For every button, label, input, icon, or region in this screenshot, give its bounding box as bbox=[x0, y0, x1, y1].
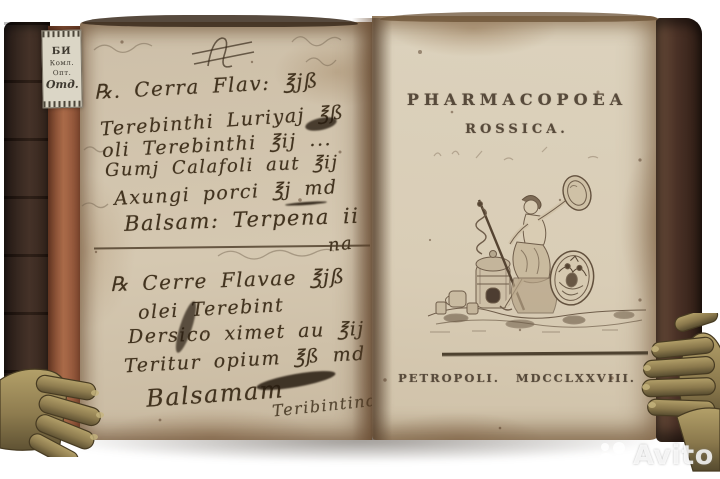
bronze-hand-left bbox=[0, 352, 110, 457]
imprint-place: PETROPOLI. bbox=[398, 371, 500, 385]
page-gutter-shading bbox=[352, 18, 392, 440]
book-subtitle: ROSSICA. bbox=[372, 122, 662, 137]
manuscript-line: ℞ Cerre Flavae ℥jß bbox=[110, 264, 346, 296]
manuscript-line: ℞. Cerra Flav: ℥jß bbox=[94, 68, 320, 104]
left-page-manuscript: ℞. Cerra Flav: ℥jß Terebinthi Luriyaj ℥ß… bbox=[80, 22, 372, 440]
manuscript-line: olei Terebint bbox=[138, 294, 285, 324]
book-title: PHARMACOPOEA bbox=[372, 90, 662, 109]
label-line: Отд. bbox=[46, 79, 79, 92]
library-spine-label: БИ Комл. Опт. Отд. bbox=[41, 30, 82, 109]
watermark-brand-text: Avito bbox=[633, 440, 714, 471]
label-line: Комл. bbox=[50, 59, 74, 67]
ink-blot bbox=[255, 367, 336, 394]
hand-mirror-icon bbox=[559, 172, 595, 214]
apothecary-vessels bbox=[436, 291, 478, 314]
avito-watermark: Avito bbox=[596, 436, 720, 474]
avito-logo-icon bbox=[596, 439, 628, 471]
page-block-top-edge bbox=[82, 15, 358, 27]
allegory-engraving-illustration bbox=[422, 166, 652, 334]
label-line: БИ bbox=[52, 46, 72, 58]
crossed-out-flourish bbox=[192, 38, 254, 67]
alchemical-furnace-icon bbox=[476, 251, 510, 309]
antique-book-photo: ℞. Cerra Flav: ℥jß Terebinthi Luriyaj ℥ß… bbox=[0, 0, 720, 479]
label-line: Опт. bbox=[53, 69, 72, 77]
page-block-top-edge bbox=[380, 12, 658, 22]
